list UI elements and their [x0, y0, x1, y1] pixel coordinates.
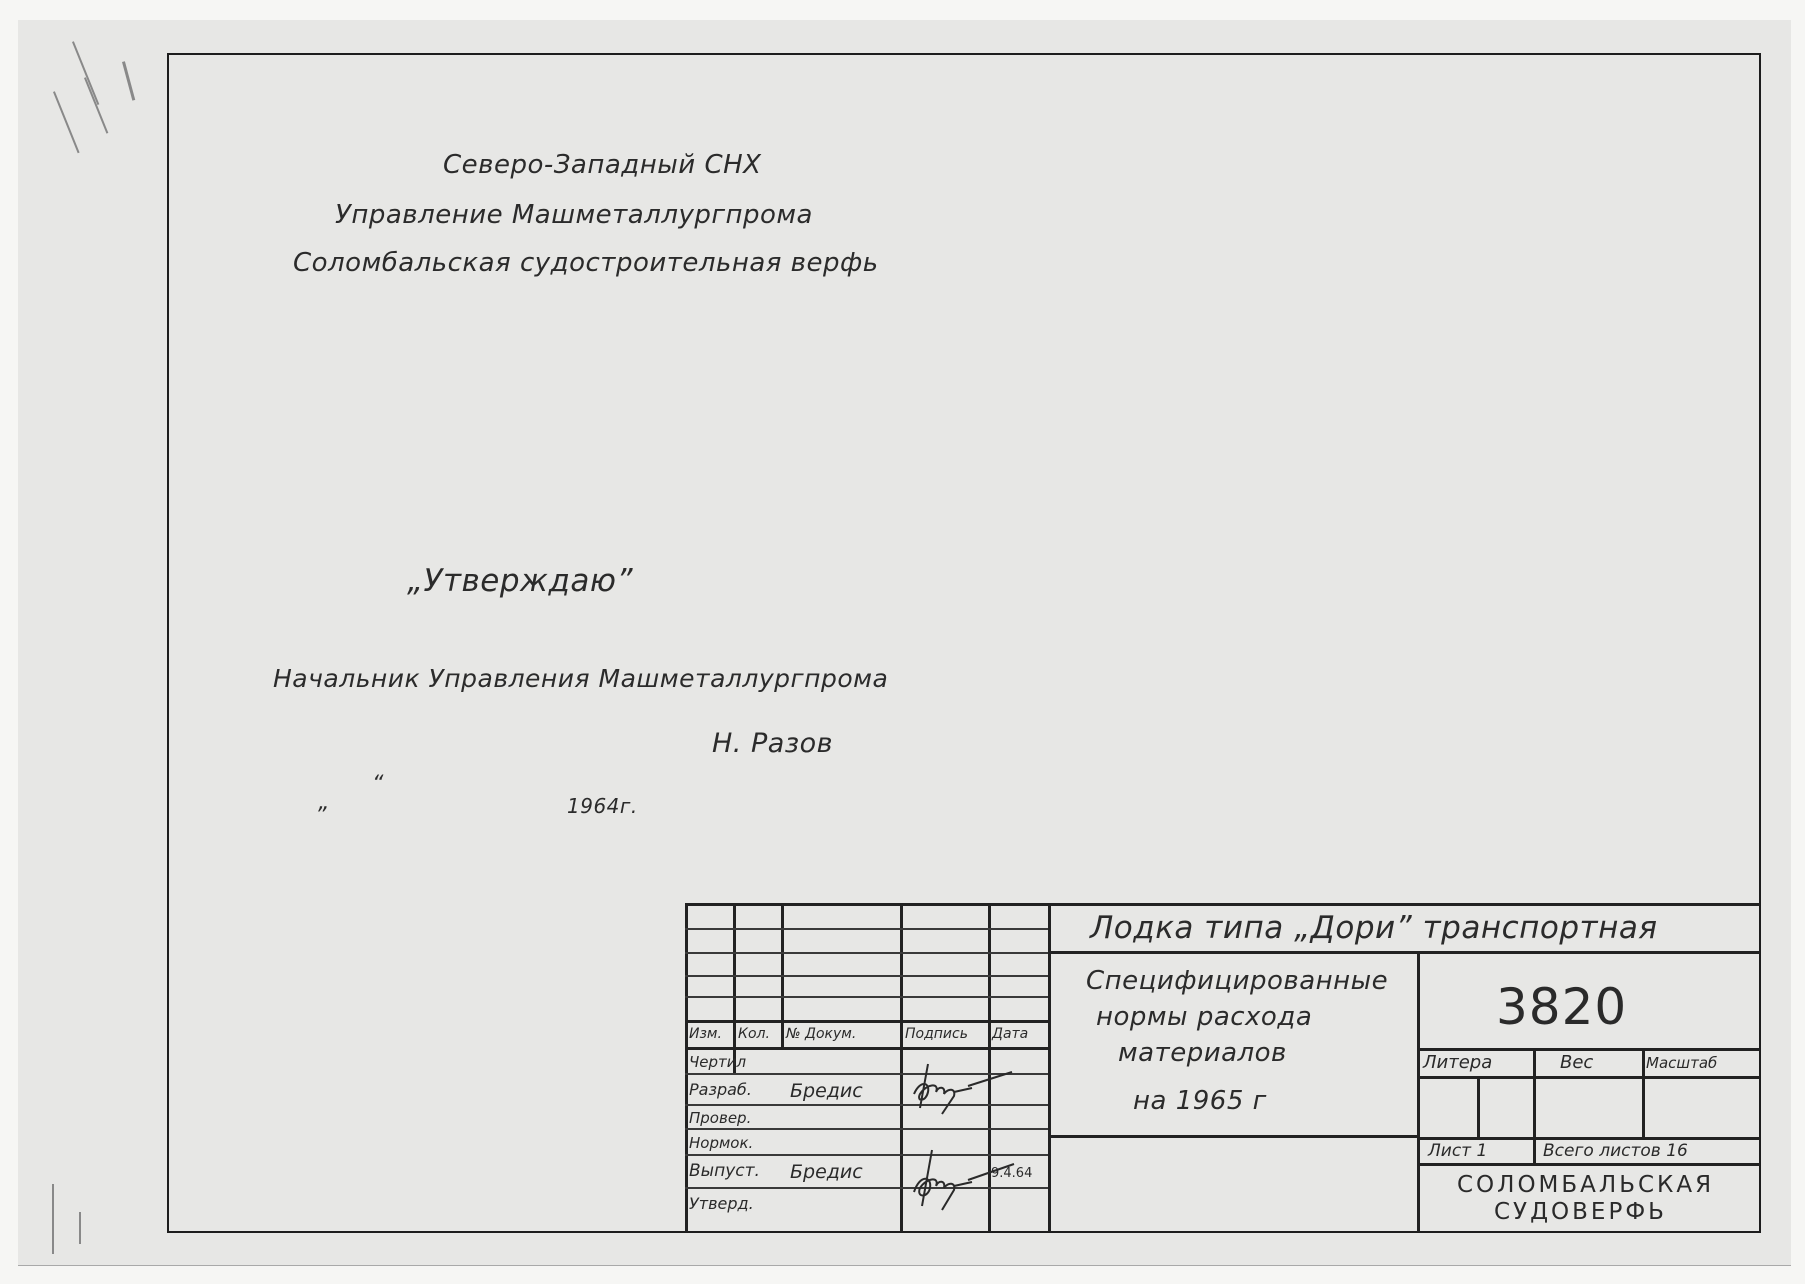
row-approved-label: Утверд.	[689, 1194, 754, 1213]
row-checked-label: Провер.	[689, 1109, 751, 1127]
organization-line-2: СУДОВЕРФЬ	[1494, 1199, 1667, 1225]
total-sheets: Всего листов 16	[1543, 1141, 1688, 1161]
approval-stamp: „Утверждаю”	[407, 563, 633, 599]
document-name-line-4: на 1965 г	[1133, 1086, 1267, 1116]
col-header-signature: Подпись	[905, 1026, 968, 1042]
col-header-qty: Кол.	[738, 1026, 770, 1042]
scale-label: Масштаб	[1646, 1054, 1717, 1072]
scan-artifact	[52, 1184, 54, 1254]
drawing-frame	[167, 53, 1761, 1233]
approval-name: Н. Разов	[712, 728, 833, 759]
row-normcontrol-label: Нормок.	[689, 1134, 753, 1152]
document-number: 3820	[1496, 978, 1627, 1036]
row-drawn-label: Чертил	[689, 1053, 746, 1071]
header-council: Северо-Западный СНХ	[443, 150, 761, 180]
approval-year: 1964г.	[567, 794, 638, 818]
col-header-doc-no: № Докум.	[786, 1026, 856, 1042]
signature-developed	[900, 1058, 1020, 1118]
approval-date-quote-close: “	[372, 772, 384, 797]
litera-label: Литера	[1423, 1052, 1492, 1073]
sheet-number: Лист 1	[1428, 1141, 1487, 1161]
document-name-line-3: материалов	[1118, 1038, 1287, 1068]
approval-position: Начальник Управления Машметаллургпрома	[273, 664, 888, 693]
header-department: Управление Машметаллургпрома	[335, 200, 813, 230]
weight-label: Вес	[1560, 1052, 1593, 1073]
document-name-line-1: Специфицированные	[1086, 966, 1388, 996]
scan-artifact	[79, 1212, 81, 1244]
organization-line-1: СОЛОМБАЛЬСКАЯ	[1457, 1172, 1714, 1198]
document-name-line-2: нормы расхода	[1096, 1002, 1312, 1032]
row-developed-name: Бредис	[790, 1080, 863, 1102]
row-issued-name: Бредис	[790, 1161, 863, 1183]
col-header-change: Изм.	[689, 1026, 722, 1042]
col-header-date: Дата	[992, 1026, 1028, 1042]
row-developed-label: Разраб.	[689, 1080, 752, 1099]
product-title: Лодка типа „Дори” транспортная	[1090, 910, 1658, 946]
approval-date-quote-open: „	[318, 790, 330, 815]
header-shipyard: Соломбальская судостроительная верфь	[293, 248, 879, 278]
row-issued-label: Выпуст.	[689, 1161, 760, 1181]
signature-issued	[900, 1144, 1020, 1214]
